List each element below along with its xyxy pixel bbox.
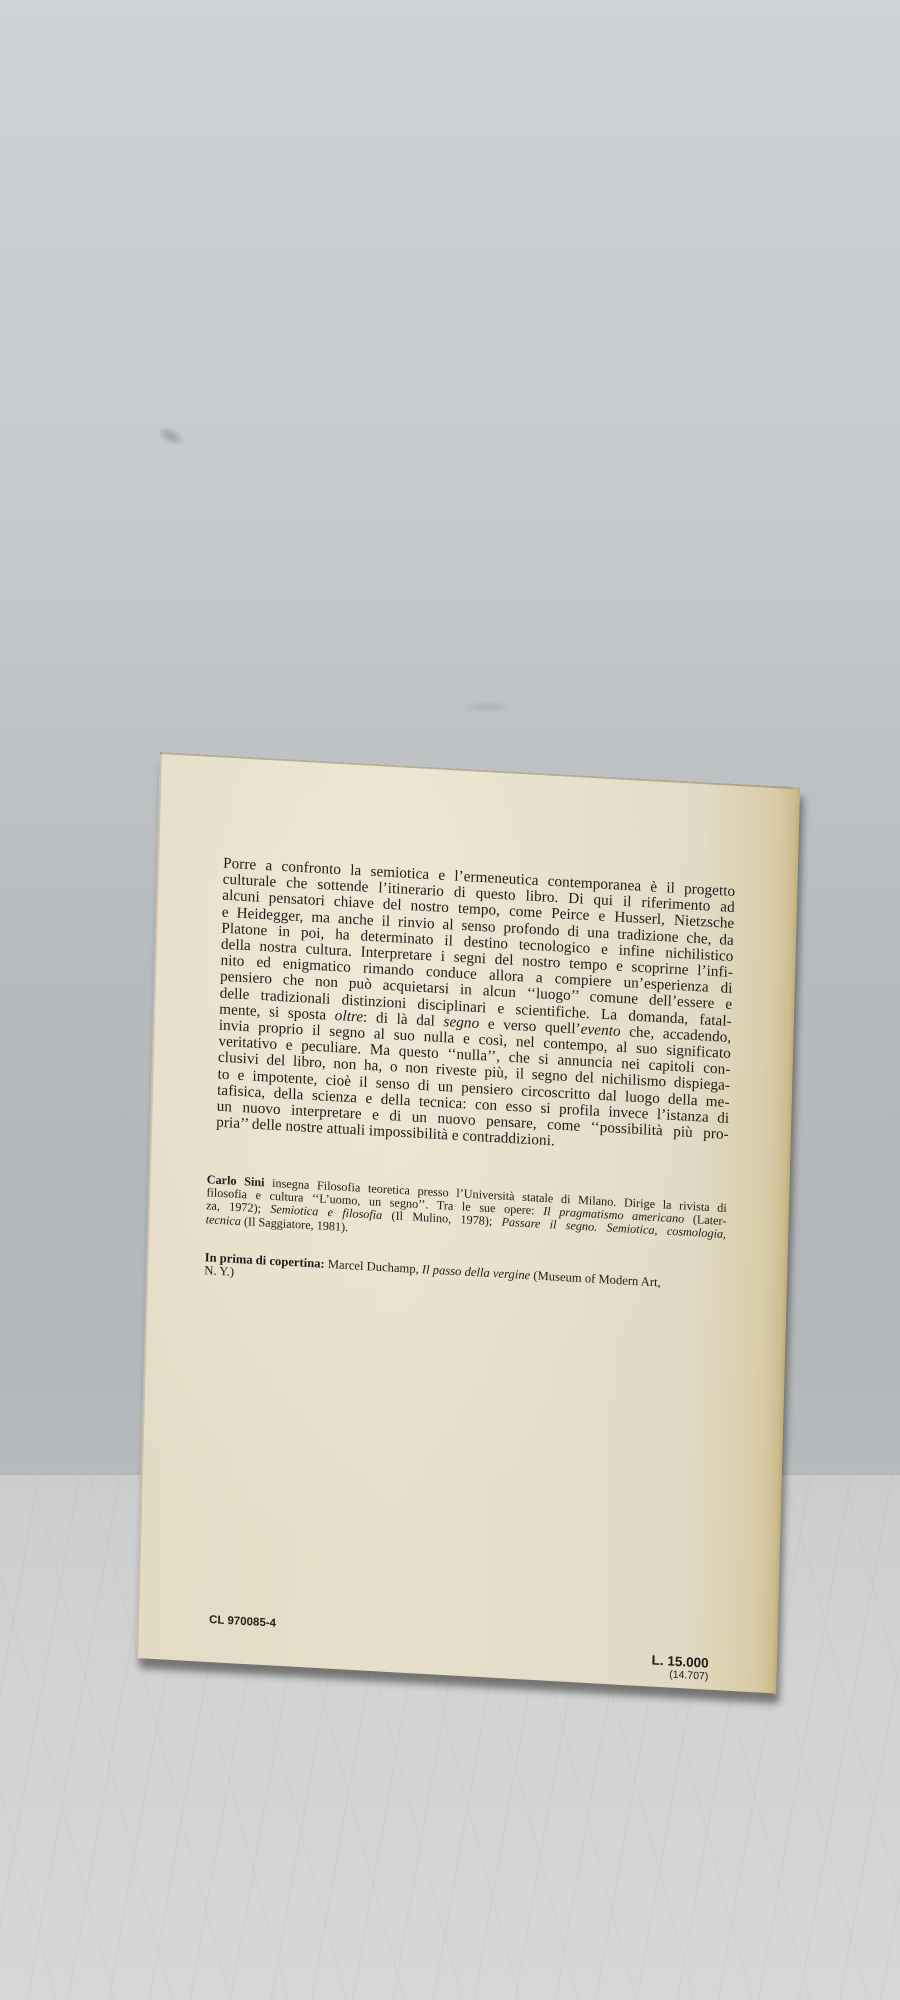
price: L. 15.000 [651, 1653, 708, 1671]
price-block: L. 15.000 (14.707) [651, 1653, 709, 1684]
blurb-paragraph: Porre a confronto la semiotica e l’ermen… [216, 856, 735, 1160]
wall-smudge [154, 422, 188, 449]
photo-scene: Porre a confronto la semiotica e l’ermen… [0, 0, 900, 2000]
catalog-code: CL 970085-4 [209, 1614, 276, 1630]
cover-credit: In prima di copertina: Marcel Duchamp, I… [204, 1251, 729, 1307]
author-bio: Carlo Sini insegna Filosofia teoretica p… [206, 1173, 727, 1255]
wall-smudge [458, 700, 518, 714]
book-back-cover: Porre a confronto la semiotica e l’ermen… [136, 752, 800, 1693]
price-net: (14.707) [651, 1668, 708, 1684]
